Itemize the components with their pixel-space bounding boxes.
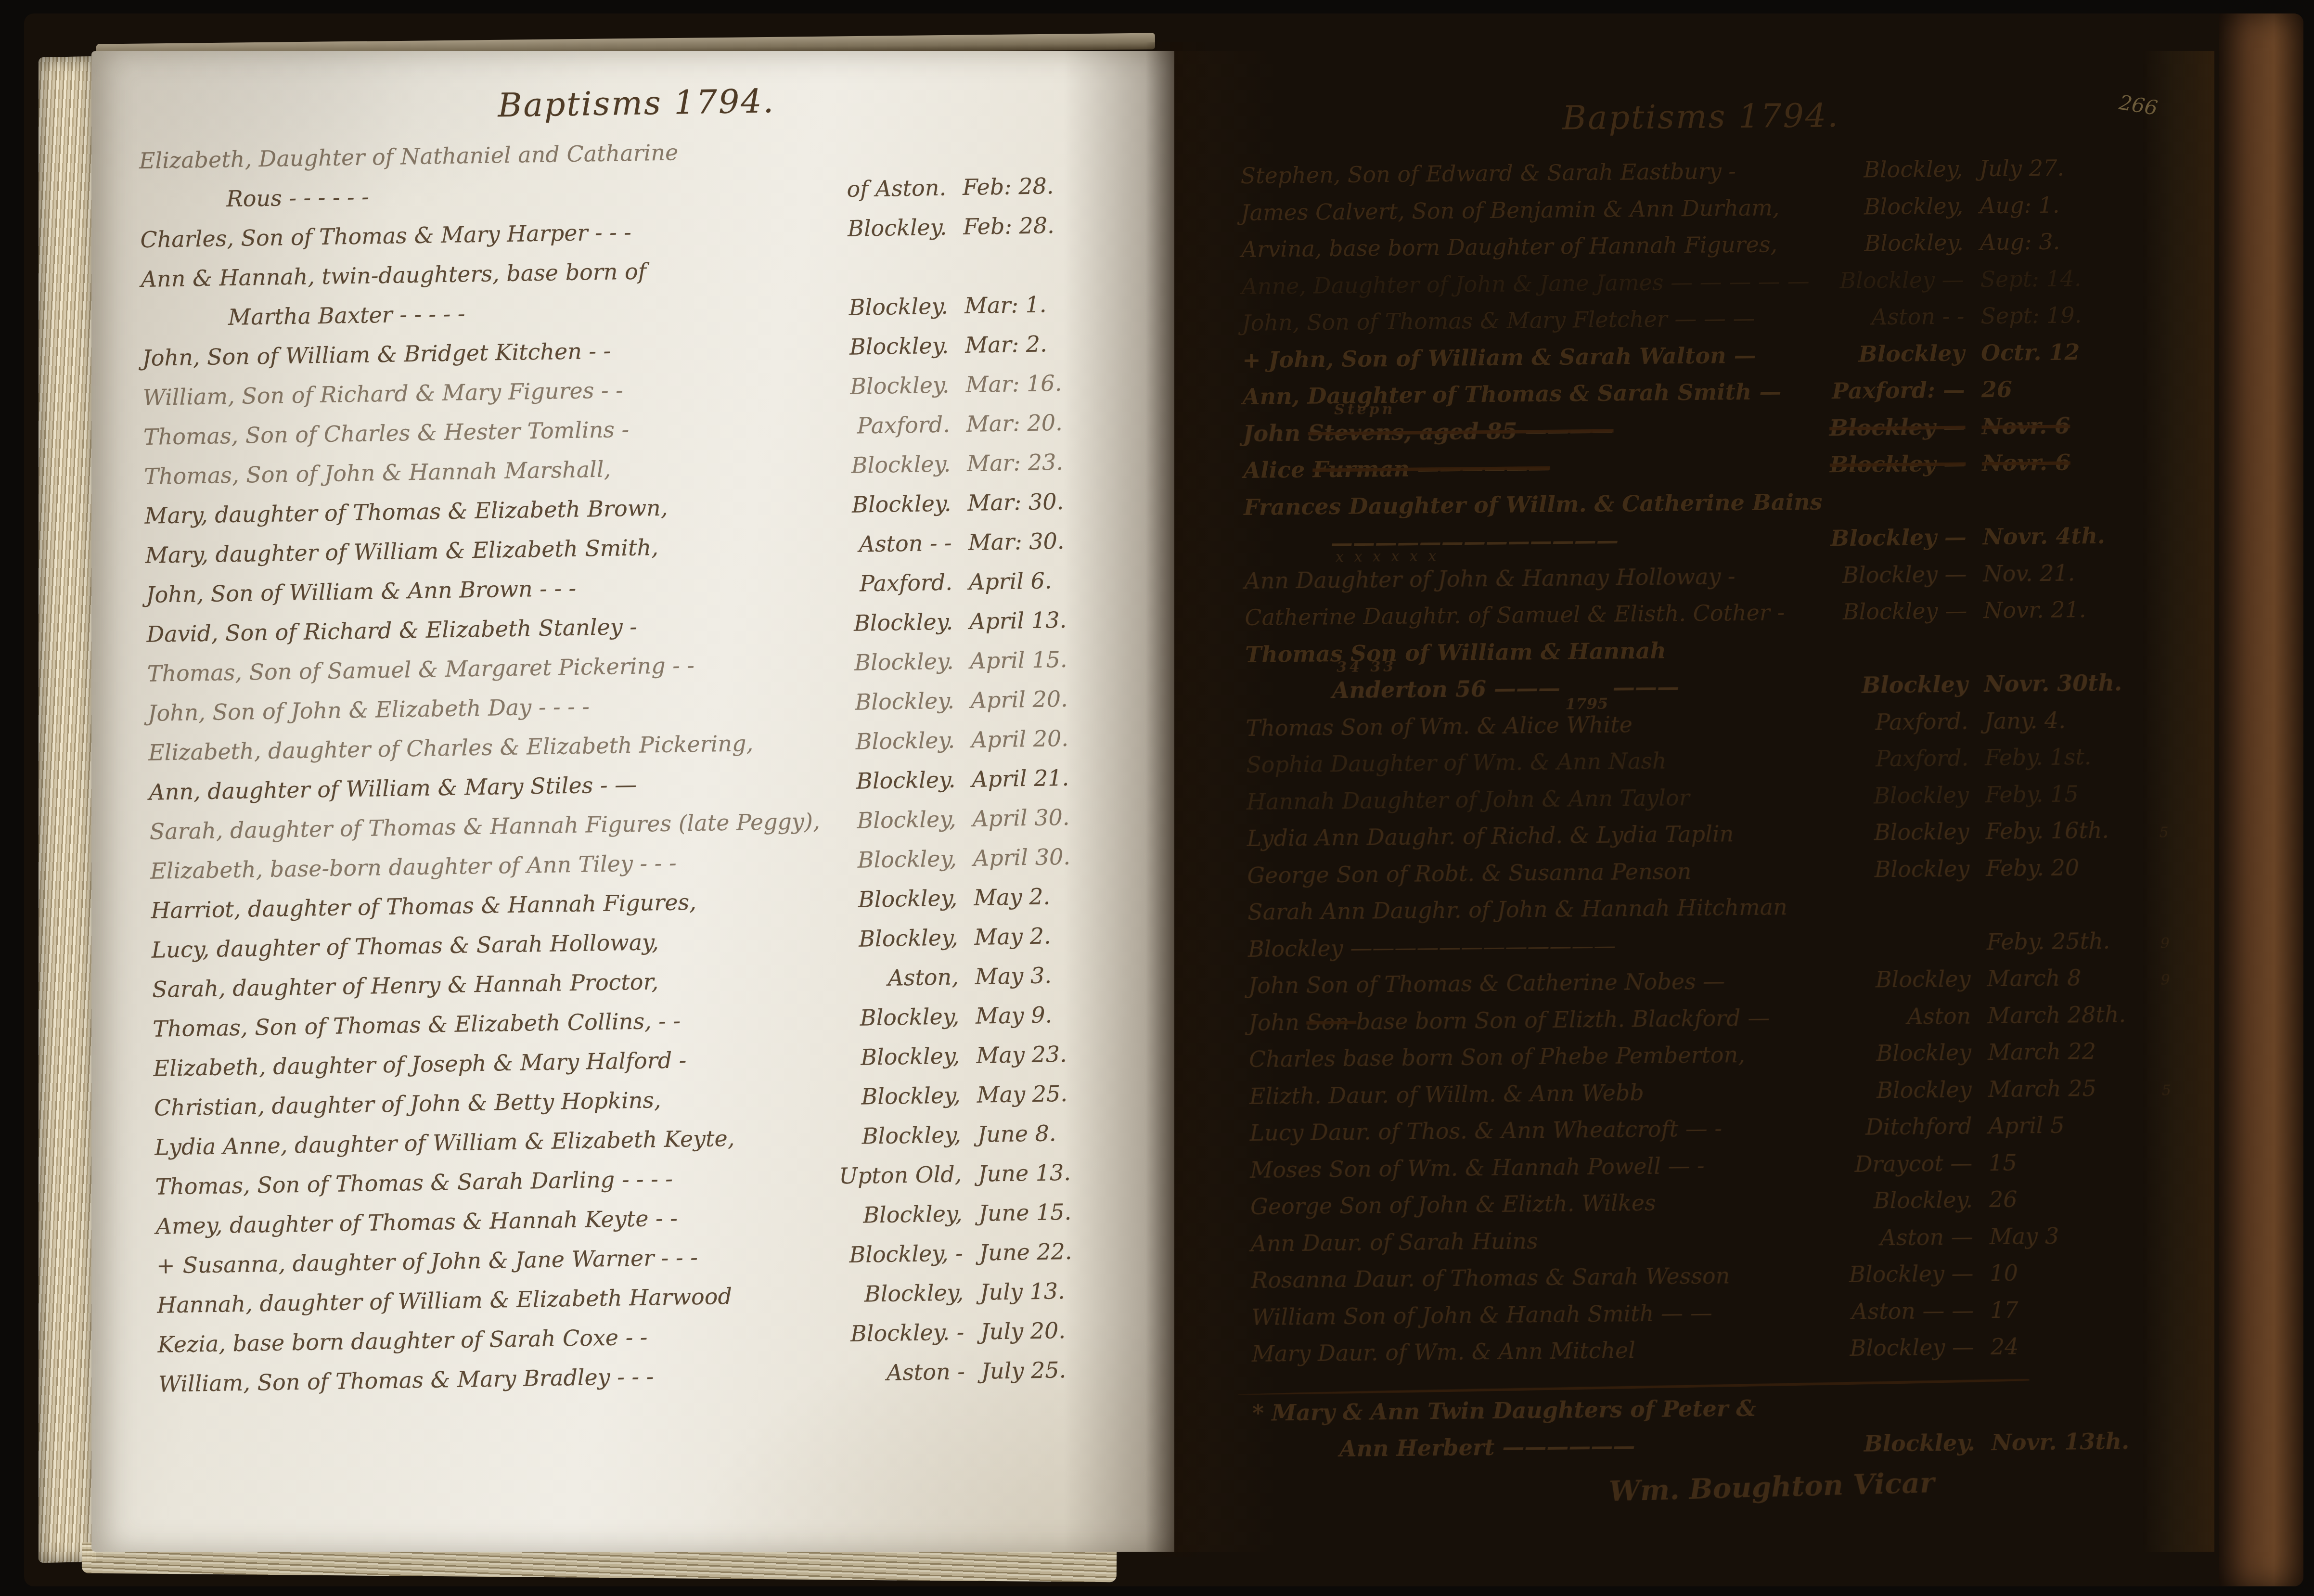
entry-place: Blockley (1858, 340, 1981, 367)
entry-text: Frances Daughter of Willm. & Catherine B… (1244, 489, 1823, 520)
entry-place: Blockley. (1864, 1429, 1992, 1457)
entry-date: Mar: 23. (967, 448, 1117, 476)
entry-place: Blockley (1877, 1076, 1988, 1103)
entry-place: Blockley, (864, 1279, 980, 1307)
margin-number (1118, 626, 1143, 627)
entry-date: Novr. 30th. (1984, 669, 2143, 697)
margin-number (1129, 1297, 1153, 1298)
entry-text: Lydia Ann Daughr. of Richd. & Lydia Tapl… (1247, 821, 1734, 851)
entry-place: Blockley (1876, 1039, 1988, 1066)
entry-date: 17 (1990, 1295, 2149, 1323)
entry-place: Draycot — (1854, 1150, 1989, 1177)
entry-text: George Son of Robt. & Susanna Penson (1247, 858, 1691, 888)
entry-text: Ann, Daughter of Thomas & Sarah Smith — (1243, 378, 1782, 410)
entry-text: Anne, Daughter of John & Jane James — — … (1241, 268, 1809, 299)
entry-date: May 25. (977, 1080, 1126, 1108)
entry-text: Blockley ———————————— (1248, 932, 1616, 962)
entry-date (964, 271, 1113, 274)
margin-number (1111, 153, 1135, 153)
entry-place: Blockley. (851, 450, 967, 478)
entry-date: April 21. (972, 764, 1121, 792)
entry-place: Blockley, - (849, 1240, 979, 1268)
margin-number (1114, 310, 1138, 311)
entry-text: Moses Son of Wm. & Hannah Powell — - (1250, 1152, 1705, 1183)
entry-date: April 5 (1988, 1111, 2147, 1139)
entry-date: Mar: 20. (966, 409, 1116, 437)
entry-date: Aug: 1. (1980, 191, 2139, 219)
entry-place: Aston, (887, 964, 975, 991)
entry-date: May 2. (974, 882, 1123, 911)
entry-place: Blockley — (1842, 561, 1983, 588)
margin-number (1124, 981, 1148, 982)
right-page-title: Baptisms 1794. (1240, 94, 2162, 141)
entry-date: Mar: 30. (968, 527, 1118, 555)
entry-date: Nov. 21. (1983, 559, 2142, 587)
entry-date: 26 (1981, 375, 2141, 402)
entry-date: 15 (1989, 1148, 2148, 1175)
entry-text: Sarah Ann Daughr. of John & Hannah Hitch… (1247, 894, 1787, 925)
margin-number (1128, 1218, 1152, 1219)
entry-mark: * (1252, 1400, 1272, 1426)
margin-number (1117, 508, 1141, 508)
entry-place: Blockley — (1843, 597, 1984, 625)
entry-text: Ann Daur. of Sarah Huins (1251, 1228, 1538, 1257)
margin-number (1127, 1139, 1151, 1140)
entry-date: Novr. 6 (1981, 412, 2141, 439)
entry-text: Thomas Son of William & Hannah (1245, 637, 1666, 667)
entry-place: Blockley (1874, 818, 1986, 845)
entry-place: Blockley, (859, 924, 975, 952)
entry-date: April 20. (970, 685, 1120, 713)
entry-text: Elizth. Daur. of Willm. & Ann Webb (1249, 1080, 1644, 1109)
margin-number (1126, 1060, 1150, 1061)
margin-number (1114, 350, 1138, 350)
entry-date: Mar: 1. (964, 290, 1114, 319)
entry-text: *Mary & Ann Twin Daughters of Peter & (1252, 1395, 1756, 1426)
entry-place: Blockley. (854, 608, 970, 636)
margin-number (1118, 587, 1142, 587)
entry-date: Feby. 20 (1986, 854, 2145, 881)
entry-date (1982, 506, 2141, 508)
entry-place: Aston - - (1871, 303, 1980, 330)
entry-place: Blockley. (855, 687, 971, 715)
entry-date: Feby. 16th. (1985, 817, 2145, 844)
margin-number: 5 (2147, 1082, 2171, 1099)
entry-date: July 27. (1979, 154, 2138, 181)
entry-text: Alice Furman —————— (1243, 454, 1550, 483)
entry-text: Charles base born Son of Phebe Pemberton… (1249, 1042, 1745, 1072)
entry-place: Paxford. (857, 411, 966, 439)
entry-date: Mar: 2. (965, 330, 1115, 358)
entry-text: 34 33Anderton 56 ———1795——— (1245, 674, 1679, 716)
entry-date: Aug: 3. (1980, 228, 2139, 255)
entry-date: Feby. 1st. (1985, 743, 2144, 771)
entry-text: Hannah Daughter of John & Ann Taylor (1247, 785, 1690, 815)
entry-place: Blockley. - (850, 1319, 981, 1347)
entry-date: 24 (1991, 1332, 2150, 1360)
entry-text: John, Son of Thomas & Mary Fletcher — — … (1242, 305, 1755, 336)
entry-place (948, 274, 964, 274)
right-page: 266 Baptisms 1794. Stephen, Son of Edwar… (1174, 51, 2214, 1552)
entry-place: Paxford. (1875, 708, 1985, 735)
entry-date: May 3. (975, 961, 1124, 990)
entry-date: Feb: 28. (963, 211, 1113, 240)
entry-text: Rosanna Daur. of Thomas & Sarah Wesson (1251, 1262, 1730, 1293)
entry-date: July 25. (981, 1356, 1131, 1384)
entry-date (1991, 1412, 2150, 1413)
entry-date: June 8. (977, 1119, 1127, 1147)
entry-date: March 28th. (1987, 1001, 2147, 1029)
entry-mark: + (156, 1252, 183, 1279)
entry-date: Mar: 30. (967, 488, 1117, 516)
entry-place: Aston — — (1851, 1297, 1990, 1325)
entry-place: Blockley, (860, 1003, 976, 1031)
entry-text: John Son of Thomas & Catherine Nobes — (1248, 968, 1725, 999)
entry-date: May 2. (974, 922, 1124, 950)
entry-text: Thomas Son of Wm. & Alice White (1246, 711, 1633, 741)
entry-date: Octr. 12 (1981, 338, 2140, 366)
entry-mark: + (1242, 347, 1269, 373)
entry-date: March 25 (1988, 1075, 2147, 1102)
inserted-note: Stepn (1334, 400, 1396, 418)
entry-place: Blockley (1874, 782, 1985, 809)
entry-text: +John, Son of William & Sarah Walton — (1242, 342, 1756, 373)
entry-place: Blockley, (1864, 193, 1980, 219)
margin-number (1123, 902, 1147, 903)
entry-place: Blockley — (1849, 1260, 1990, 1287)
margin-number (1122, 824, 1146, 824)
entry-text: Arvina, base born Daughter of Hannah Fig… (1241, 231, 1778, 262)
entry-date: May 3 (1989, 1222, 2148, 1249)
entry-place: Blockley. (855, 727, 971, 755)
entry-date: April 15. (970, 645, 1119, 674)
entry-place: Blockley. (852, 490, 968, 518)
entry-text: George Son of John & Elizth. Wilkes (1250, 1190, 1656, 1220)
entry-place: Blockley — (1850, 1334, 1991, 1361)
entry-place: Blockley — (1830, 450, 1982, 477)
entry-place: Blockley, (861, 1043, 977, 1070)
entry-place: Aston - - (859, 529, 968, 557)
entry-text: StepnJohn Stevens, aged 85 ———— (1243, 417, 1613, 446)
entry-date: March 22 (1988, 1038, 2147, 1065)
entry-text: x x x x x xAnn Daughter of John & Hannay… (1244, 563, 1735, 594)
entry-place: Blockley, (861, 1082, 977, 1110)
margin-number (1119, 666, 1144, 666)
entry-place: Paxford: — (1832, 376, 1981, 404)
entry-place (946, 155, 962, 156)
entry-text: Martha Baxter - - - - - (141, 300, 465, 332)
entry-place: Blockley, (1864, 155, 1980, 182)
left-page-entries: Elizabeth, Daughter of Nathaniel and Cat… (139, 132, 1155, 1410)
entry-date (1984, 654, 2143, 655)
entry-place: Blockley. (850, 372, 966, 399)
leather-cover-edge (2219, 13, 2303, 1586)
inserted-note: 34 33 (1337, 658, 1396, 676)
entry-date: April 30. (973, 843, 1123, 871)
entry-date: April 30. (972, 803, 1122, 832)
entry-text: Catherine Daughtr. of Samuel & Elisth. C… (1245, 599, 1785, 631)
entry-date: May 9. (976, 1001, 1125, 1029)
margin-number (1130, 1337, 1154, 1337)
entry-place: Blockley, (863, 1200, 979, 1228)
entry-text: Lucy Daur. of Thos. & Ann Wheatcroft — - (1249, 1115, 1722, 1146)
entry-place: Aston (1907, 1003, 1987, 1030)
left-page-title: Baptisms 1794. (138, 77, 1135, 130)
entry-text: Stephen, Son of Edward & Sarah Eastbury … (1240, 158, 1736, 189)
margin-number (1125, 1021, 1149, 1021)
margin-number (1113, 232, 1137, 232)
entry-date: Novr. 4th. (1982, 522, 2142, 550)
right-page-entries: Stephen, Son of Edward & Sarah Eastbury … (1240, 154, 2174, 1474)
margin-number (1115, 389, 1139, 390)
entry-place: of Aston. (847, 174, 963, 202)
entry-place: Aston — (1880, 1223, 1990, 1250)
entry-date: Novr. 6 (1982, 449, 2141, 476)
entry-place: Blockley. (849, 332, 965, 360)
margin-number (1121, 784, 1145, 785)
entry-date: Mar: 16. (965, 369, 1115, 398)
margin-number (1113, 271, 1137, 271)
year-note: 1795 (1565, 695, 1608, 713)
entry-place: Blockley. (1864, 229, 1980, 256)
margin-number (1120, 745, 1144, 745)
entry-place: Blockley. (848, 214, 964, 242)
entry-date: June 22. (979, 1237, 1129, 1266)
entry-date: July 20. (980, 1316, 1130, 1345)
entry-place: Blockley. (1873, 1186, 1989, 1213)
entry-place: Blockley — (1830, 524, 1983, 551)
entry-date: June 15. (978, 1198, 1128, 1226)
margin-number: 9 (2146, 935, 2170, 952)
entry-text: John Son base born Son of Elizth. Blackf… (1248, 1004, 1770, 1035)
entry-date: May 23. (976, 1040, 1126, 1068)
margin-number (1116, 429, 1140, 429)
entry-date: April 20. (971, 724, 1121, 753)
entry-date: Jany. 4. (1984, 707, 2144, 734)
entry-date: Sept: 19. (1980, 301, 2140, 329)
entry-text: Rous - - - - - - (140, 183, 369, 213)
margin-number (1131, 1376, 1155, 1377)
inserted-note: x x x x x x (1336, 548, 1440, 566)
margin-number (1129, 1258, 1153, 1258)
entry-text: William Son of John & Hanah Smith — — (1251, 1300, 1712, 1330)
entry-place: Blockley — (1829, 413, 1982, 441)
entry-date: Novr. 13th. (1992, 1428, 2151, 1455)
margin-number (1126, 1100, 1150, 1100)
entry-date: July 13. (980, 1277, 1130, 1305)
entry-date: Feb: 28. (963, 172, 1112, 200)
entry-place: Blockley — (1839, 266, 1980, 294)
entry-place: Blockley (1862, 671, 1984, 698)
entry-place: Aston - (886, 1358, 981, 1386)
margin-number (1116, 468, 1140, 469)
margin-number: 9 (2146, 972, 2170, 989)
entry-place: Blockley, (861, 1121, 977, 1149)
entry-date: Novr. 21. (1983, 596, 2143, 623)
entry-place: Blockley. (856, 766, 972, 794)
margin-number (1124, 942, 1148, 942)
entry-place: Blockley (1874, 855, 1986, 882)
entry-place: Blockley. (848, 293, 964, 321)
margin-number (1127, 1179, 1151, 1179)
margin-number (1120, 705, 1144, 706)
open-parish-register-book: Baptisms 1794. Elizabeth, Daughter of Na… (24, 13, 2303, 1586)
entry-date (1986, 911, 2145, 913)
entry-place: Blockley, (858, 885, 974, 913)
entry-date (962, 153, 1111, 155)
left-page: Baptisms 1794. Elizabeth, Daughter of Na… (91, 51, 1174, 1552)
entry-date: Feby. 15 (1985, 780, 2145, 808)
entry-date: 26 (1989, 1185, 2148, 1212)
margin-number (1118, 547, 1142, 548)
entry-date: 10 (1990, 1259, 2149, 1286)
entry-date: March 8 (1987, 964, 2146, 991)
entry-text: Mary Daur. of Wm. & Ann Mitchel (1252, 1337, 1635, 1367)
entry-date: Feby. 25th. (1987, 927, 2146, 955)
entry-text: James Calvert, Son of Benjamin & Ann Dur… (1241, 194, 1780, 226)
entry-date: Sept: 14. (1980, 265, 2139, 292)
entry-place: Blockley (1876, 965, 1987, 992)
entry-place: Blockley, (857, 845, 973, 873)
entry-date: April 6. (968, 566, 1118, 595)
entry-place: Paxford. (1876, 745, 1985, 772)
entry-place: Upton Old, (839, 1161, 978, 1189)
margin-number (1112, 192, 1136, 193)
photo-of-parish-register: { "page_number": "266", "left_page": { "… (0, 0, 2314, 1596)
entry-date: April 13. (969, 606, 1119, 634)
entry-text: Sophia Daughter of Wm. & Ann Nash (1246, 748, 1667, 778)
entry-place: Ditchford (1865, 1113, 1989, 1140)
margin-number: 5 (2145, 824, 2169, 841)
entry-date: June 13. (978, 1158, 1128, 1187)
margin-number (1122, 863, 1146, 863)
entry-place: Blockley, (857, 806, 973, 834)
entry-text: Ann Herbert —————— (1253, 1433, 1635, 1463)
entry-text: Elizabeth, Daughter of Nathaniel and Cat… (139, 139, 679, 174)
entry-place: Blockley. (854, 648, 970, 676)
entry-place: Paxford. (859, 569, 969, 597)
